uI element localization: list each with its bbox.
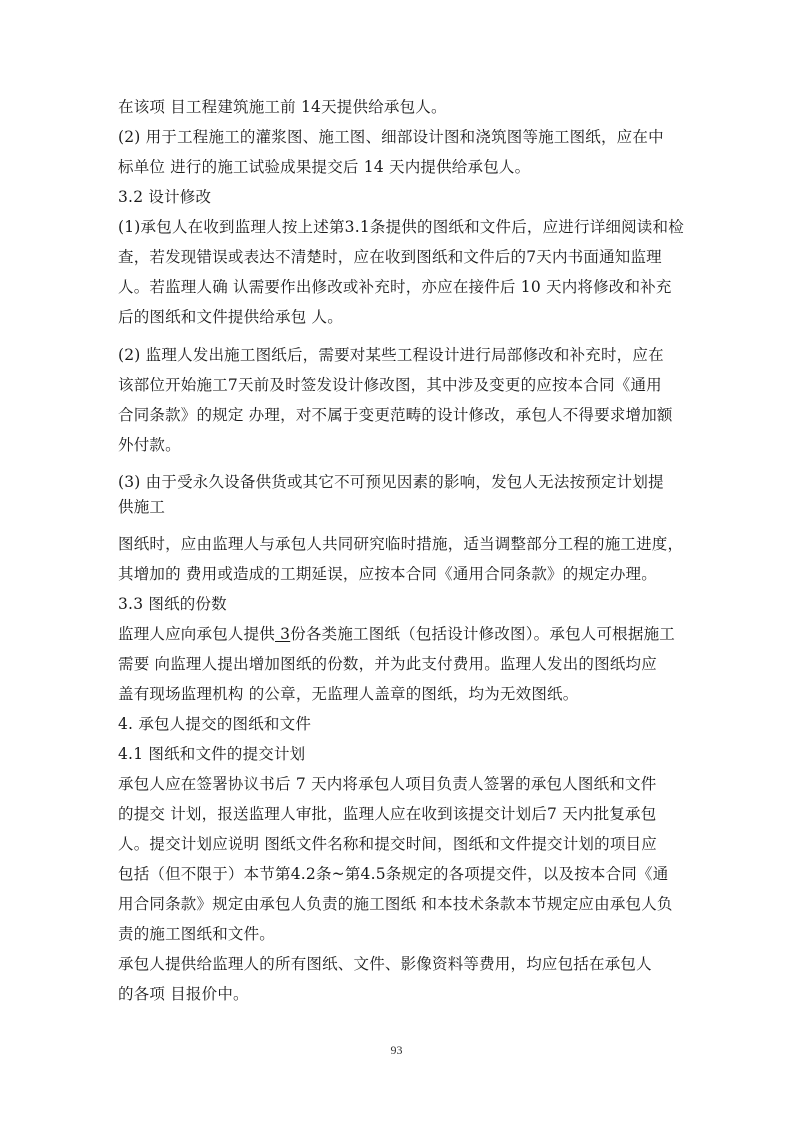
text-fragment: 监理人应向承包人提供 <box>118 625 275 643</box>
text-line: 包括（但不限于）本节第4.2条~第4.5条规定的各项提交件，以及按本合同《通 <box>118 864 668 884</box>
text-line: 其增加的 费用或造成的工期延误，应按本合同《通用合同条款》的规定办理。 <box>118 564 657 584</box>
text-line: 需要 向监理人提出增加图纸的份数，并为此支付费用。监理人发出的图纸均应 <box>118 654 657 674</box>
text-line: 在该项 目工程建筑施工前 14天提供给承包人。 <box>118 97 447 117</box>
text-line-with-blank: 监理人应向承包人提供 3份各类施工图纸（包括设计修改图）。承包人可根据施工 <box>118 624 675 644</box>
text-line: (2) 监理人发出施工图纸后，需要对某些工程设计进行局部修改和补充时，应在 <box>118 345 664 365</box>
text-line: 人。提交计划应说明 图纸文件名称和提交时间，图纸和文件提交计划的项目应 <box>118 834 657 854</box>
text-line: (2) 用于工程施工的灌浆图、施工图、细部设计图和浇筑图等施工图纸，应在中 <box>118 127 664 147</box>
text-line: 标单位 进行的施工试验成果提交后 14 天内提供给承包人。 <box>118 157 530 177</box>
text-line: 合同条款》的规定 办理，对不属于变更范畴的设计修改，承包人不得要求增加额 <box>118 405 673 425</box>
text-line: 盖有现场监理机构 的公章，无监理人盖章的图纸，均为无效图纸。 <box>118 684 578 704</box>
section-heading-4-1: 4.1 图纸和文件的提交计划 <box>118 744 305 764</box>
text-line: 责的施工图纸和文件。 <box>118 924 275 944</box>
text-fragment: 份各类施工图纸（包括设计修改图）。承包人可根据施工 <box>290 625 675 643</box>
text-line: 人。若监理人确 认需要作出修改或补充时，亦应在接件后 10 天内将修改和补充 <box>118 277 672 297</box>
text-line: 后的图纸和文件提供给承包 人。 <box>118 307 343 327</box>
text-line: 的各项 目报价中。 <box>118 984 249 1004</box>
underlined-copies-count: 3 <box>275 625 290 643</box>
text-line: (3) 由于受永久设备供货或其它不可预见因素的影响，发包人无法按预定计划提 <box>118 472 664 492</box>
text-line: 用合同条款》规定由承包人负责的施工图纸 和本技术条款本节规定应由承包人负 <box>118 894 673 914</box>
section-heading-3-3: 3.3 图纸的份数 <box>118 594 227 614</box>
text-line: (1)承包人在收到监理人按上述第3.1条提供的图纸和文件后，应进行详细阅读和检 <box>118 217 684 237</box>
section-heading-4: 4. 承包人提交的图纸和文件 <box>118 714 311 734</box>
page-number: 93 <box>0 1043 793 1058</box>
text-line: 的提交 计划，报送监理人审批，监理人应在收到该提交计划后7 天内批复承包 <box>118 804 656 824</box>
text-line: 承包人应在签署协议书后 7 天内将承包人项目负责人签署的承包人图纸和文件 <box>118 774 656 794</box>
text-line: 供施工 <box>118 497 165 517</box>
section-heading-3-2: 3.2 设计修改 <box>118 187 211 207</box>
text-line: 图纸时，应由监理人与承包人共同研究临时措施，适当调整部分工程的施工进度， <box>118 534 683 554</box>
text-line: 承包人提供给监理人的所有图纸、文件、影像资料等费用，均应包括在承包人 <box>118 954 652 974</box>
document-page: 在该项 目工程建筑施工前 14天提供给承包人。 (2) 用于工程施工的灌浆图、施… <box>0 0 793 1122</box>
text-line: 外付款。 <box>118 435 181 455</box>
text-line: 该部位开始施工7天前及时签发设计修改图，其中涉及变更的应按本合同《通用 <box>118 375 662 395</box>
text-line: 查，若发现错误或表达不清楚时，应在收到图纸和文件后的7天内书面通知监理 <box>118 247 662 267</box>
